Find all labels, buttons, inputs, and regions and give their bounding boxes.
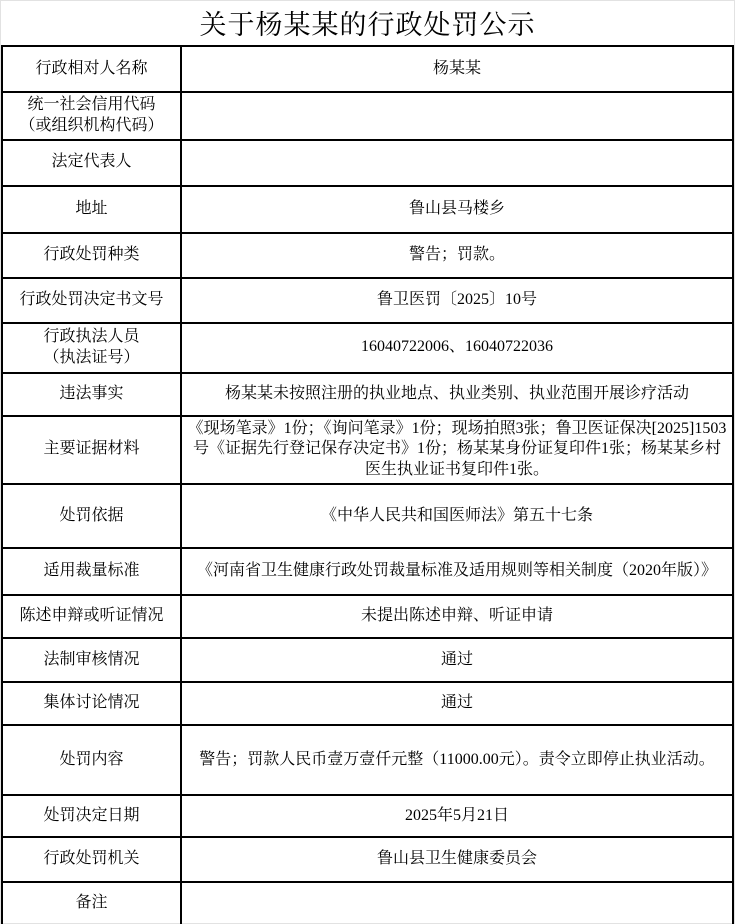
row-value: 通过 (181, 638, 733, 682)
row-value (181, 92, 733, 140)
table-row: 行政执法人员 （执法证号） 16040722006、16040722036 (2, 323, 733, 373)
row-label: 地址 (2, 186, 181, 233)
page: { "page": { "title": "关于杨某某的行政处罚公示" }, "… (0, 0, 735, 924)
row-value: 通过 (181, 682, 733, 725)
row-label: 违法事实 (2, 373, 181, 416)
table-row: 备注 (2, 882, 733, 924)
row-value (181, 140, 733, 186)
row-value: 《现场笔录》1份；《询问笔录》1份；现场拍照3张；鲁卫医证保决[2025]150… (181, 416, 733, 484)
row-label: 适用裁量标准 (2, 548, 181, 595)
table-row: 处罚内容 警告；罚款人民币壹万壹仟元整（11000.00元）。责令立即停止执业活… (2, 725, 733, 795)
row-label: 行政处罚种类 (2, 233, 181, 278)
row-value: 《中华人民共和国医师法》第五十七条 (181, 484, 733, 548)
table-row: 行政相对人名称 杨某某 (2, 46, 733, 92)
table-row: 处罚依据 《中华人民共和国医师法》第五十七条 (2, 484, 733, 548)
row-label: 统一社会信用代码 （或组织机构代码） (2, 92, 181, 140)
row-label: 备注 (2, 882, 181, 924)
row-label: 处罚决定日期 (2, 795, 181, 837)
row-label: 处罚依据 (2, 484, 181, 548)
row-label: 主要证据材料 (2, 416, 181, 484)
row-label: 行政处罚决定书文号 (2, 278, 181, 323)
row-label: 法制审核情况 (2, 638, 181, 682)
row-label: 行政执法人员 （执法证号） (2, 323, 181, 373)
row-label: 集体讨论情况 (2, 682, 181, 725)
row-value (181, 882, 733, 924)
table-row: 统一社会信用代码 （或组织机构代码） (2, 92, 733, 140)
row-label: 行政相对人名称 (2, 46, 181, 92)
row-label: 陈述申辩或听证情况 (2, 595, 181, 638)
row-label: 处罚内容 (2, 725, 181, 795)
row-value: 警告；罚款。 (181, 233, 733, 278)
penalty-notice-table-body: 行政相对人名称 杨某某 统一社会信用代码 （或组织机构代码） 法定代表人 地址 … (2, 46, 733, 924)
penalty-notice-table: 行政相对人名称 杨某某 统一社会信用代码 （或组织机构代码） 法定代表人 地址 … (1, 45, 734, 924)
table-row: 地址 鲁山县马楼乡 (2, 186, 733, 233)
row-value: 杨某某未按照注册的执业地点、执业类别、执业范围开展诊疗活动 (181, 373, 733, 416)
table-row: 陈述申辩或听证情况 未提出陈述申辩、听证申请 (2, 595, 733, 638)
row-value: 鲁卫医罚〔2025〕10号 (181, 278, 733, 323)
table-row: 行政处罚种类 警告；罚款。 (2, 233, 733, 278)
table-row: 处罚决定日期 2025年5月21日 (2, 795, 733, 837)
row-value: 鲁山县卫生健康委员会 (181, 837, 733, 882)
table-row: 法定代表人 (2, 140, 733, 186)
table-row: 行政处罚决定书文号 鲁卫医罚〔2025〕10号 (2, 278, 733, 323)
row-value: 鲁山县马楼乡 (181, 186, 733, 233)
table-row: 集体讨论情况 通过 (2, 682, 733, 725)
row-label: 法定代表人 (2, 140, 181, 186)
table-row: 法制审核情况 通过 (2, 638, 733, 682)
row-value: 2025年5月21日 (181, 795, 733, 837)
table-row: 适用裁量标准 《河南省卫生健康行政处罚裁量标准及适用规则等相关制度（2020年版… (2, 548, 733, 595)
table-row: 违法事实 杨某某未按照注册的执业地点、执业类别、执业范围开展诊疗活动 (2, 373, 733, 416)
row-label: 行政处罚机关 (2, 837, 181, 882)
row-value: 警告；罚款人民币壹万壹仟元整（11000.00元）。责令立即停止执业活动。 (181, 725, 733, 795)
row-value: 《河南省卫生健康行政处罚裁量标准及适用规则等相关制度（2020年版）》 (181, 548, 733, 595)
page-title: 关于杨某某的行政处罚公示 (0, 0, 735, 45)
table-row: 行政处罚机关 鲁山县卫生健康委员会 (2, 837, 733, 882)
row-value: 杨某某 (181, 46, 733, 92)
table-row: 主要证据材料 《现场笔录》1份；《询问笔录》1份；现场拍照3张；鲁卫医证保决[2… (2, 416, 733, 484)
row-value: 16040722006、16040722036 (181, 323, 733, 373)
row-value: 未提出陈述申辩、听证申请 (181, 595, 733, 638)
